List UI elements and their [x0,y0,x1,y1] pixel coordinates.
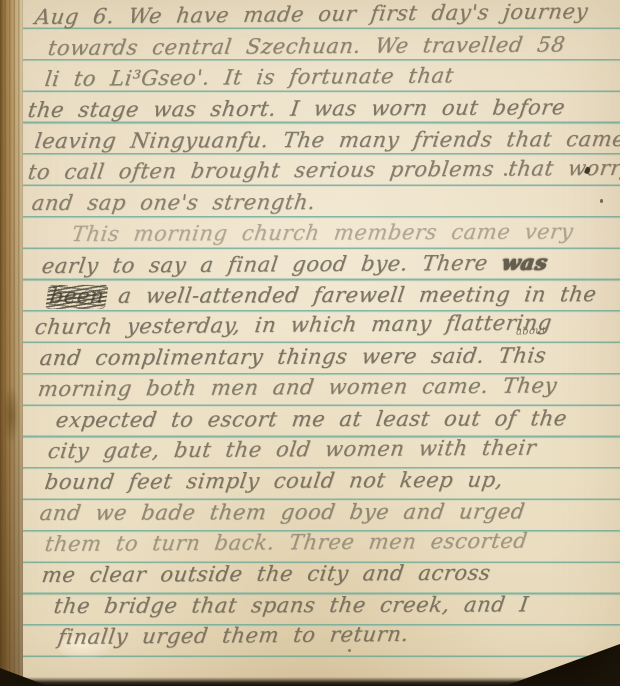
handwriting-segment: city gate, but the old women with their [46,436,538,463]
handwriting-segment: church yesterday, in which many flatteri… [33,310,553,339]
handwriting-line: expected to escort me at least out of th… [54,406,568,432]
interlinear-annotation: about [516,325,547,338]
ink-speck [504,173,507,176]
handwriting-line: been a well-attended farewell meeting in… [48,282,598,308]
handwriting-segment: early to say a final good bye. There [40,251,503,278]
handwriting-segment: morning both men and women came. They [36,373,558,401]
handwriting-segment: and we bade them good bye and urged [38,499,526,525]
handwriting-segment: bound feet simply could not keep up, [43,468,504,494]
handwriting-line: morning both men and women came. They [36,373,558,401]
handwriting-segment: to call often brought serious problems t… [26,156,620,184]
handwriting-segment: the stage was short. I was worn out befo… [26,95,566,122]
handwriting-line: early to say a final good bye. There was [40,249,549,278]
handwriting-line: church yesterday, in which many flatteri… [33,310,553,339]
handwriting-line: leaving Ningyuanfu. The many friends tha… [33,127,620,153]
handwriting-segment: finally urged them to return. [56,622,410,649]
handwriting-segment: them to turn back. Three men escorted [43,529,529,556]
handwriting-line: towards central Szechuan. We travelled 5… [46,32,566,60]
handwriting-line: the stage was short. I was worn out befo… [26,95,566,122]
handwriting-line: city gate, but the old women with their [46,436,538,463]
handwriting-line: and we bade them good bye and urged [38,499,526,525]
handwriting-segment: me clear outside the city and across [40,561,492,587]
handwriting-line: me clear outside the city and across [40,561,492,587]
handwriting-line: to call often brought serious problems t… [26,156,620,184]
handwriting-segment: expected to escort me at least out of th… [54,406,568,432]
handwriting-segment: towards central Szechuan. We travelled 5… [46,32,566,60]
handwriting-segment: This morning church members came very [70,219,575,246]
handwriting-segment: leaving Ningyuanfu. The many friends tha… [33,127,620,153]
handwriting-segment: li to Li³Gseo'. It is fortunate that [43,63,455,91]
ink-speck [600,199,603,203]
handwriting-line: them to turn back. Three men escorted [43,529,529,556]
handwriting-segment: and sap one's strength. [30,190,317,215]
handwriting-line: bound feet simply could not keep up, [43,468,504,494]
handwriting-segment: a well-attended farewell meeting in the [103,282,599,308]
notebook-binding-edge [0,0,23,686]
scribbled-out-word: been [48,284,106,308]
handwriting-line: This morning church members came very [70,219,575,246]
binding-stain [3,385,19,445]
diary-page-scan: Aug 6. We have made our first day's jour… [0,0,620,686]
overwritten-word: was [501,249,550,274]
handwriting-line: the bridge that spans the creek, and I [52,592,530,618]
handwriting-segment: and complimentary things were said. This [38,343,547,370]
handwriting-line: and sap one's strength. [30,190,317,215]
ink-speck [348,649,351,652]
handwriting-line: finally urged them to return. [56,622,410,649]
handwriting-line: and complimentary things were said. This [38,343,547,370]
handwriting-segment: the bridge that spans the creek, and I [52,592,530,618]
handwriting-line: li to Li³Gseo'. It is fortunate that [43,63,455,91]
